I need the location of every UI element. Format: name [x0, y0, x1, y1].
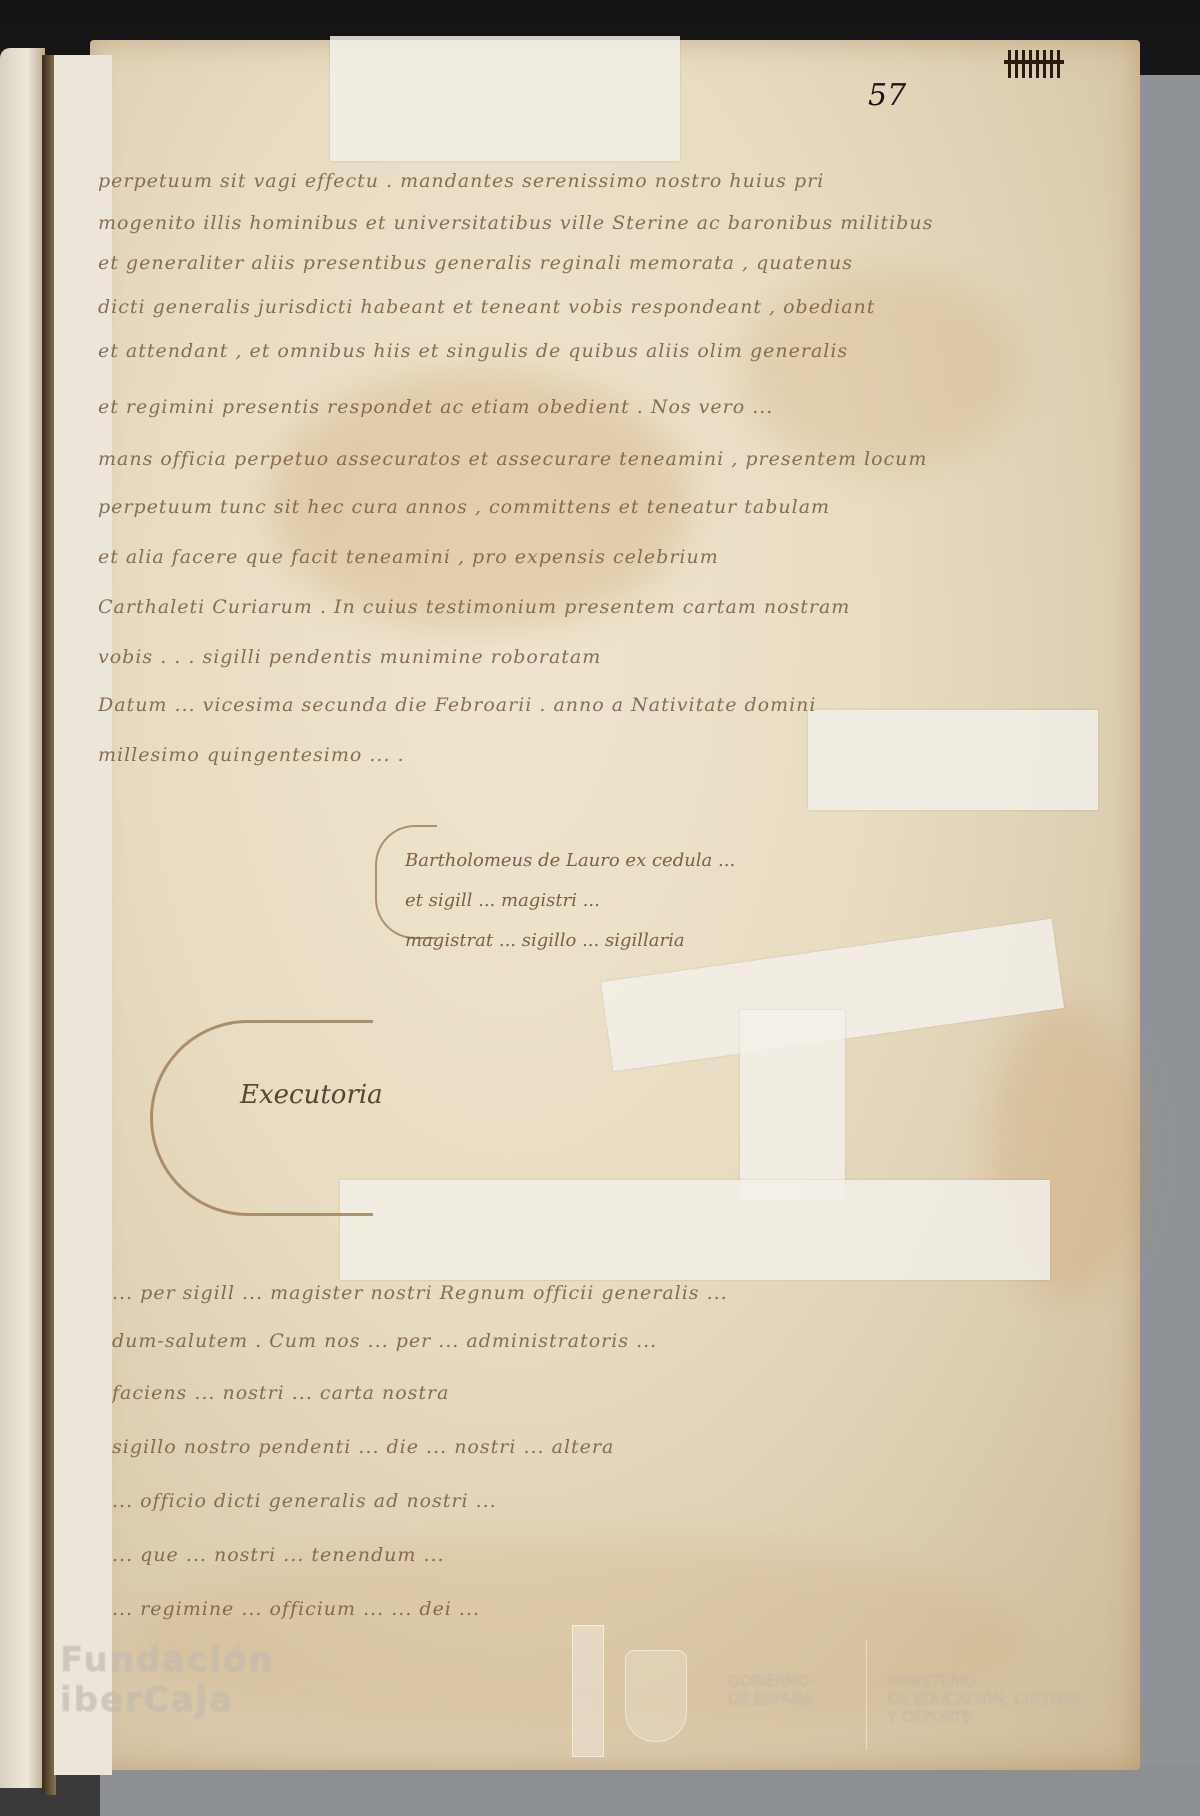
text-line: ... que ... nostri ... tenendum ...: [112, 1544, 1052, 1566]
text-line: ... officio dicti generalis ad nostri ..…: [112, 1490, 1052, 1512]
grey-support-bottom: [100, 1765, 1200, 1816]
watermark-text: Y DEPORTE: [888, 1708, 1082, 1726]
eu-flag-icon: [572, 1625, 604, 1757]
text-line: dum-salutem . Cum nos ... per ... admini…: [112, 1330, 1052, 1352]
subscription-line: magistrat ... sigillo ... sigillaria: [405, 930, 685, 951]
repair-tape: [808, 710, 1098, 810]
repair-tape: [340, 1180, 1050, 1280]
text-line: et attendant , et omnibus hiis et singul…: [98, 340, 1058, 362]
text-line: sigillo nostro pendenti ... die ... nost…: [112, 1436, 1052, 1458]
watermark-gobierno: GOBIERNO DE ESPAÑA: [728, 1672, 813, 1708]
cancelled-number-mark: [1008, 50, 1060, 78]
text-line: et generaliter aliis presentibus general…: [98, 252, 1058, 274]
facing-page-edge: [0, 48, 45, 1788]
text-line: millesimo quingentesimo ... .: [98, 744, 718, 766]
text-line: et regimini presentis respondet ac etiam…: [98, 396, 1058, 418]
text-line: et alia facere que facit teneamini , pro…: [98, 546, 1058, 568]
text-line: perpetuum sit vagi effectu . mandantes s…: [98, 170, 1058, 192]
grey-support-board: [1135, 75, 1200, 1816]
watermark-divider: [866, 1640, 867, 1750]
repair-tape: [330, 36, 680, 161]
watermark-text: DE EDUCACIÓN, CULTURA: [888, 1690, 1082, 1708]
text-line: ... per sigill ... magister nostri Regnu…: [112, 1282, 1052, 1304]
text-line: dicti generalis jurisdicti habeant et te…: [98, 296, 1058, 318]
watermark-text: Fundación: [60, 1640, 275, 1680]
flourished-initial-e: [150, 1020, 373, 1216]
spain-coat-of-arms-icon: [625, 1650, 687, 1742]
repair-tape: [740, 1010, 845, 1200]
text-line: ... regimine ... officium ... ... dei ..…: [112, 1598, 1052, 1620]
text-line: faciens ... nostri ... carta nostra: [112, 1382, 1052, 1404]
text-line: perpetuum tunc sit hec cura annos , comm…: [98, 496, 1058, 518]
text-line: vobis . . . sigilli pendentis munimine r…: [98, 646, 1058, 668]
watermark-text: GOBIERNO: [728, 1672, 813, 1690]
subscription-line: et sigill ... magistri ...: [405, 890, 600, 911]
text-line: Datum ... vicesima secunda die Febroarii…: [98, 694, 1058, 716]
subscription-line: Bartholomeus de Lauro ex cedula ...: [405, 850, 735, 871]
watermark-text: MINISTERIO: [888, 1672, 1082, 1690]
text-line: Carthaleti Curiarum . In cuius testimoni…: [98, 596, 1058, 618]
flourished-initial-c: [375, 825, 437, 939]
watermark-ministerio: MINISTERIO DE EDUCACIÓN, CULTURA Y DEPOR…: [888, 1672, 1082, 1726]
folio-number: 57: [868, 78, 906, 113]
watermark-text: DE ESPAÑA: [728, 1690, 813, 1708]
section-heading: Executoria: [240, 1080, 383, 1110]
text-line: mans officia perpetuo assecuratos et ass…: [98, 448, 1058, 470]
watermark-text: iberCaja: [60, 1680, 275, 1720]
text-line: mogenito illis hominibus et universitati…: [98, 212, 1058, 234]
